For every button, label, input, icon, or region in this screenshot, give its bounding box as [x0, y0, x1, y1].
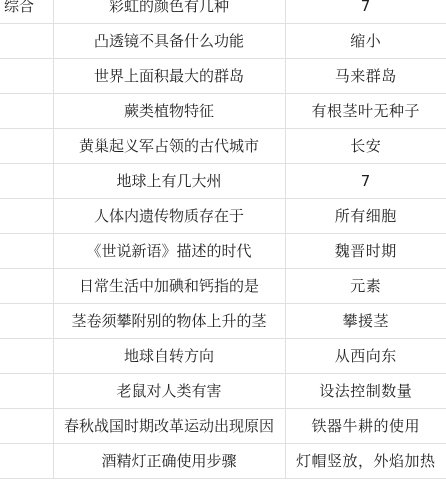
table-row: 地球上有几大州 7	[0, 164, 446, 199]
category-cell-empty	[0, 94, 53, 129]
table-row: 黄巢起义军占领的古代城市 长安	[0, 129, 446, 164]
table-row: 地球自转方向 从西向东	[0, 339, 446, 374]
answer-cell: 7	[285, 0, 446, 24]
category-cell-empty	[0, 234, 53, 269]
quiz-answer-table: 综合 彩虹的颜色有几种 7 凸透镜不具备什么功能 缩小 世界上面积最大的群岛 马…	[0, 0, 446, 479]
answer-cell: 缩小	[285, 24, 446, 59]
category-cell-empty	[0, 164, 53, 199]
quiz-table-container: 综合 彩虹的颜色有几种 7 凸透镜不具备什么功能 缩小 世界上面积最大的群岛 马…	[0, 0, 446, 479]
answer-cell: 从西向东	[285, 339, 446, 374]
table-row: 日常生活中加碘和钙指的是 元素	[0, 269, 446, 304]
table-row: 世界上面积最大的群岛 马来群岛	[0, 59, 446, 94]
answer-cell: 攀援茎	[285, 304, 446, 339]
answer-cell: 魏晋时期	[285, 234, 446, 269]
table-row: 人体内遗传物质存在于 所有细胞	[0, 199, 446, 234]
question-cell: 春秋战国时期改革运动出现原因	[53, 409, 285, 444]
question-cell: 蕨类植物特征	[53, 94, 285, 129]
category-cell-empty	[0, 269, 53, 304]
answer-cell: 马来群岛	[285, 59, 446, 94]
answer-cell: 铁器牛耕的使用	[285, 409, 446, 444]
table-row: 蕨类植物特征 有根茎叶无种子	[0, 94, 446, 129]
question-cell: 世界上面积最大的群岛	[53, 59, 285, 94]
category-cell-empty	[0, 129, 53, 164]
question-cell: 老鼠对人类有害	[53, 374, 285, 409]
table-row: 凸透镜不具备什么功能 缩小	[0, 24, 446, 59]
table-row: 《世说新语》描述的时代 魏晋时期	[0, 234, 446, 269]
answer-cell: 7	[285, 164, 446, 199]
question-cell: 茎卷须攀附别的物体上升的茎	[53, 304, 285, 339]
question-cell: 酒精灯正确使用步骤	[53, 444, 285, 479]
table-row: 老鼠对人类有害 设法控制数量	[0, 374, 446, 409]
table-row: 茎卷须攀附别的物体上升的茎 攀援茎	[0, 304, 446, 339]
answer-cell: 长安	[285, 129, 446, 164]
question-cell: 凸透镜不具备什么功能	[53, 24, 285, 59]
answer-cell: 元素	[285, 269, 446, 304]
table-row: 综合 彩虹的颜色有几种 7	[0, 0, 446, 24]
answer-cell: 设法控制数量	[285, 374, 446, 409]
category-cell-empty	[0, 409, 53, 444]
question-cell: 黄巢起义军占领的古代城市	[53, 129, 285, 164]
question-cell: 《世说新语》描述的时代	[53, 234, 285, 269]
question-cell: 地球上有几大州	[53, 164, 285, 199]
category-cell-empty	[0, 24, 53, 59]
question-cell: 地球自转方向	[53, 339, 285, 374]
category-cell: 综合	[0, 0, 53, 24]
question-cell: 日常生活中加碘和钙指的是	[53, 269, 285, 304]
category-cell-empty	[0, 444, 53, 479]
answer-cell: 所有细胞	[285, 199, 446, 234]
category-cell-empty	[0, 199, 53, 234]
table-row: 春秋战国时期改革运动出现原因 铁器牛耕的使用	[0, 409, 446, 444]
category-cell-empty	[0, 304, 53, 339]
table-row: 酒精灯正确使用步骤 灯帽竖放，外焰加热	[0, 444, 446, 479]
answer-cell: 灯帽竖放，外焰加热	[285, 444, 446, 479]
category-cell-empty	[0, 374, 53, 409]
question-cell: 人体内遗传物质存在于	[53, 199, 285, 234]
category-cell-empty	[0, 339, 53, 374]
question-cell: 彩虹的颜色有几种	[53, 0, 285, 24]
answer-cell: 有根茎叶无种子	[285, 94, 446, 129]
category-cell-empty	[0, 59, 53, 94]
